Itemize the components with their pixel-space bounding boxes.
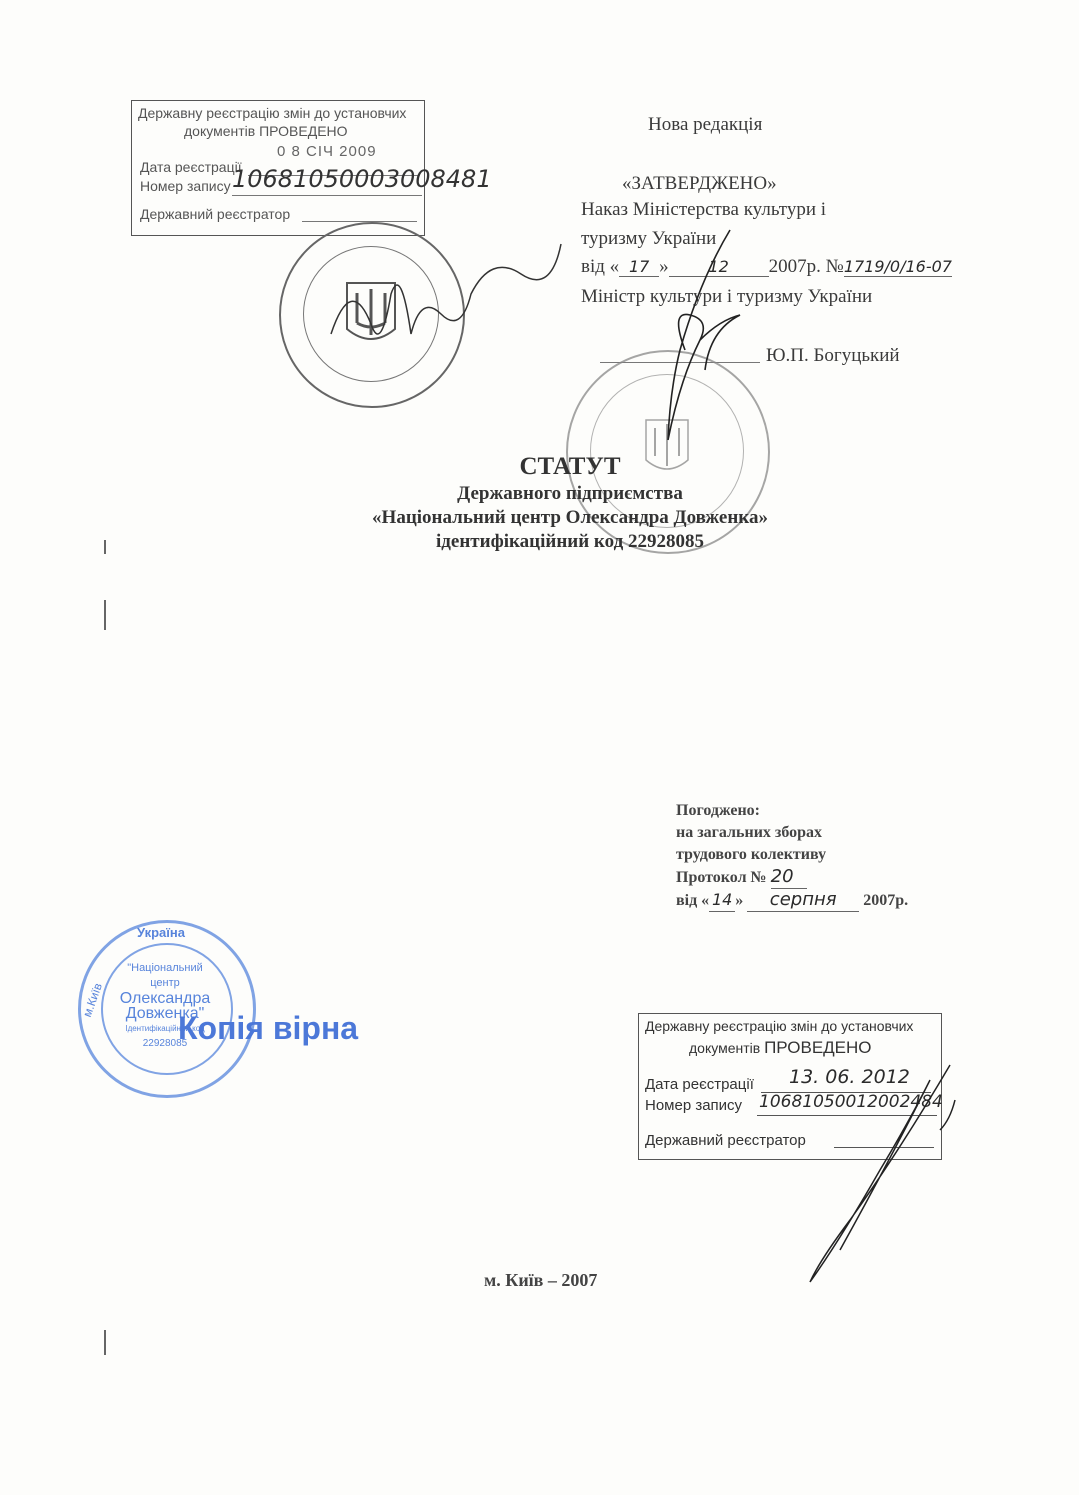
title-heading: СТАТУТ bbox=[290, 452, 850, 482]
reg-registrar-label: Державний реєстратор bbox=[140, 206, 290, 222]
minister-signature-icon bbox=[640, 220, 750, 450]
reg2-line2: документів ПРОВЕДЕНО bbox=[689, 1038, 872, 1058]
reg-record-label: Номер запису bbox=[140, 178, 231, 194]
minister-name: Ю.П. Богуцький bbox=[766, 345, 900, 367]
title-line2: «Національний центр Олександра Довженка» bbox=[290, 506, 850, 530]
reg-date-label: Дата реєстрації bbox=[140, 159, 242, 175]
blue-stamp-inner3: Олександра bbox=[101, 991, 229, 1006]
registrar-round-stamp bbox=[279, 222, 465, 408]
agreement-date-prefix: від « bbox=[676, 892, 709, 909]
reg2-record-label: Номер запису bbox=[645, 1097, 742, 1114]
order-year: 2007р. № bbox=[769, 256, 844, 277]
signature-icon bbox=[321, 234, 571, 374]
reg-line2: документів ПРОВЕДЕНО bbox=[184, 123, 348, 139]
document-title: СТАТУТ Державного підприємства «Націонал… bbox=[290, 452, 850, 554]
agreement-block: Погоджено: на загальних зборах трудового… bbox=[676, 800, 908, 912]
agreement-month: серпня bbox=[747, 889, 859, 912]
edition-label: Нова редакція bbox=[648, 114, 762, 136]
order-date-prefix: від « bbox=[581, 256, 619, 277]
agreement-line3: трудового колективу bbox=[676, 844, 908, 866]
blue-stamp-inner1: "Національний bbox=[101, 961, 229, 976]
protocol-label: Протокол № bbox=[676, 869, 767, 886]
blue-stamp-inner2: центр bbox=[101, 976, 229, 991]
order-number: 1719/0/16-07 bbox=[844, 257, 952, 277]
reg2-status: ПРОВЕДЕНО bbox=[764, 1038, 871, 1057]
order-date-line: від «17»122007р. №1719/0/16-07 bbox=[581, 256, 952, 278]
agreement-line1: Погоджено: bbox=[676, 800, 908, 822]
blue-stamp-top: Україна bbox=[137, 925, 185, 940]
order-line1: Наказ Міністерства культури і bbox=[581, 199, 826, 221]
center-blue-stamp: Україна м.Київ "Національний центр Олекс… bbox=[78, 920, 256, 1098]
reg-record-underline bbox=[232, 195, 422, 196]
agreement-day: 14 bbox=[709, 889, 735, 912]
agreement-line2: на загальних зборах bbox=[676, 822, 908, 844]
agreement-date-line: від «14» серпня 2007р. bbox=[676, 889, 908, 912]
top-registration-box: Державну реєстрацію змін до установчих д… bbox=[131, 100, 425, 236]
approved-label: «ЗАТВЕРДЖЕНО» bbox=[622, 173, 777, 195]
reg-record-value: 10681050003008481 bbox=[232, 165, 492, 193]
place-year: м. Київ – 2007 bbox=[484, 1270, 597, 1291]
reg-line1: Державну реєстрацію змін до установчих bbox=[138, 105, 406, 121]
reg-stamp-date: 0 8 СІЧ 2009 bbox=[277, 143, 377, 160]
protocol-number: 20 bbox=[771, 866, 807, 889]
scan-mark bbox=[104, 1330, 106, 1355]
reg2-line2-prefix: документів bbox=[689, 1040, 760, 1056]
reg2-date-label: Дата реєстрації bbox=[645, 1076, 754, 1093]
scan-mark bbox=[104, 540, 106, 554]
agreement-date-mid: » bbox=[735, 892, 743, 909]
reg2-line1: Державну реєстрацію змін до установчих bbox=[645, 1018, 913, 1034]
protocol-line: Протокол № 20 bbox=[676, 866, 908, 889]
registrar-signature-icon bbox=[780, 1060, 970, 1290]
title-line1: Державного підприємства bbox=[290, 482, 850, 506]
scan-mark bbox=[104, 600, 106, 630]
copy-certified-stamp: Копія вірна bbox=[178, 1010, 358, 1047]
agreement-year: 2007р. bbox=[863, 892, 908, 909]
title-line3: ідентифікаційний код 22928085 bbox=[290, 530, 850, 554]
